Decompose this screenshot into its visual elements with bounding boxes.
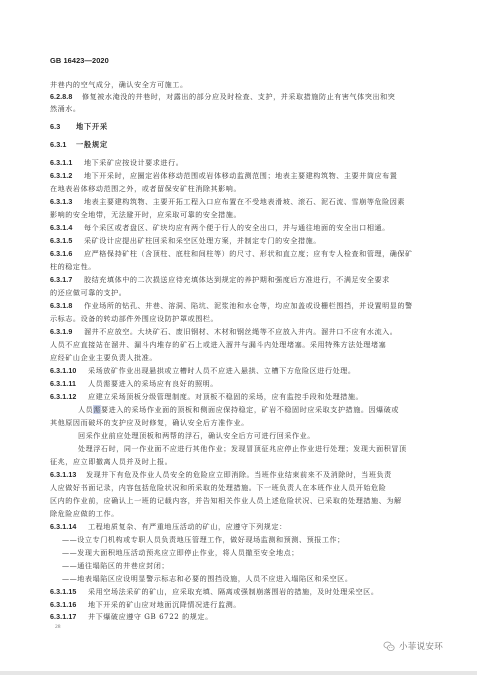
paragraph-line: 的还应做可靠的支护。: [50, 288, 126, 297]
section-heading-6-3-1: 6.3.1一般规定: [50, 140, 108, 149]
watermark-text: 小菲说安环: [399, 640, 443, 652]
list-item: ——地表塌陷区应设明显警示标志和必要的围挡设施，人员不应进入塌陷区和采空区。: [62, 574, 352, 583]
clause-6-3-1-16: 6.3.1.16地下开采的矿山应对地面沉降情况进行监测。: [50, 600, 241, 610]
clause-6-3-1-2: 6.3.1.2地下开采时，应圈定岩体移动范围或岩体移动监测范围；地表主要建构筑物…: [50, 171, 397, 181]
list-item: ——设立专门机构或专职人员负责地压管理工作，做好现场监测和预测、预报工作；: [62, 535, 345, 544]
clause-text: 作业场所的钻孔、井巷、溶洞、陷坑、泥浆池和水仓等，均应加盖或设栅栏围挡，并设置明…: [84, 301, 413, 310]
clause-6-3-1-4: 6.3.1.4每个采区或者盘区、矿块均应有两个便于行人的安全出口，并与通往地面的…: [50, 223, 390, 233]
clause-6-3-1-17: 6.3.1.17井下爆破应遵守 GB 6722 的规定。: [50, 612, 213, 622]
clause-6-3-1-14: 6.3.1.14工程地质复杂、有严重地压活动的矿山，应遵守下列规定：: [50, 522, 287, 532]
clause-number: 6.2.8.8: [50, 93, 82, 102]
clause-text: 每个采区或者盘区、矿块均应有两个便于行人的安全出口，并与通往地面的安全出口相通。: [84, 223, 390, 232]
page-number: 28: [55, 624, 61, 630]
watermark: 小菲说安环: [383, 640, 443, 652]
clause-number: 6.3.1.7: [50, 276, 84, 285]
clause-number: 6.3.1.17: [50, 613, 88, 622]
wechat-icon: [383, 641, 395, 652]
paragraph-line: 应经矿山企业主要负责人批准。: [50, 353, 157, 362]
clause-text: 采用空场法采矿的矿山，应采取充填、隔离或强制崩落围岩的措施，及时处理采空区。: [88, 587, 378, 596]
clause-6-3-1-15: 6.3.1.15采用空场法采矿的矿山，应采取充填、隔离或强制崩落围岩的措施，及时…: [50, 587, 378, 597]
clause-text: 应建立采场顶板分级管理制度。对顶板不稳固的采场，应有监控手段和处理措施。: [88, 392, 363, 401]
paragraph-line: 除危险应做的工作。: [50, 509, 119, 518]
clause-6-3-1-8: 6.3.1.8作业场所的钻孔、井巷、溶洞、陷坑、泥浆池和水仓等，均应加盖或设栅栏…: [50, 301, 413, 311]
list-item: ——发现大面积地压活动预兆应立即停止作业，将人员撤至安全地点；: [62, 548, 299, 557]
paragraph-line: 回采作业前应处理顶板和两帮的浮石，确认安全后方可进行回采作业。: [78, 431, 315, 440]
clause-text: 井下爆破应遵守 GB 6722 的规定。: [88, 612, 213, 621]
clause-number: 6.3.1.15: [50, 588, 88, 597]
section-title: 地下开采: [76, 122, 108, 131]
paragraph-line: 井巷内的空气成分，确认安全方可施工。: [50, 80, 188, 89]
clause-text: 采场放矿作业出现悬拱或立槽时人员不应进入悬拱、立槽下方危险区进行处理。: [88, 366, 356, 375]
clause-text: 地表主要建构筑物、主要开拓工程入口应布置在不受地表滑坡、滚石、泥石流、雪崩等危险…: [84, 197, 405, 206]
clause-number: 6.3.1.16: [50, 601, 88, 610]
clause-number: 6.3.1.6: [50, 250, 84, 259]
section-heading-6-3: 6.3地下开采: [50, 122, 108, 131]
clause-number: 6.3.1.4: [50, 224, 84, 233]
clause-number: 6.3.1.9: [50, 328, 84, 337]
clause-6-3-1-13: 6.3.1.13发现井下有危及作业人员安全的危险应立即消除。当班作业结束前来不及…: [50, 470, 392, 480]
clause-number: 6.3.1.2: [50, 172, 84, 181]
clause-number: 6.3.1.13: [50, 471, 86, 480]
clause-text: 发现井下有危及作业人员安全的危险应立即消除。当班作业结束前来不及消除时，当班负责: [86, 470, 392, 479]
clause-6-3-1-5: 6.3.1.5采矿设计应提出矿柱回采和采空区处理方案，并制定专门的安全措施。: [50, 236, 321, 246]
clause-text: 修复被水淹没的井巷时，对露出的部分应及时检查、支护，并采取措施防止有害气体突出和…: [82, 92, 395, 101]
clause-number: 6.3.1.10: [50, 367, 88, 376]
standard-code: GB 16423—2020: [50, 56, 109, 65]
paragraph-line: 区内的作业前，应确认上一班的记载内容，并告知相关作业人员上述危险状况、已采取的处…: [50, 496, 402, 505]
clause-number: 6.3.1.5: [50, 237, 84, 246]
clause-number: 6.3.1.8: [50, 302, 84, 311]
list-item: ——通往塌陷区的井巷应封闭；: [62, 561, 169, 570]
clause-text: 工程地质复杂、有严重地压活动的矿山，应遵守下列规定：: [88, 522, 287, 531]
clause-number: 6.3.1.11: [50, 380, 88, 389]
paragraph-line: 在地表岩体移动范围之外，或者留保安矿柱消除其影响。: [50, 184, 241, 193]
clause-6-3-1-9: 6.3.1.9溜井不应放空。大块矿石、废旧钢材、木材和钢丝绳等不应放入井内。溜井…: [50, 327, 397, 337]
clause-number: 6.3.1.3: [50, 198, 84, 207]
clause-6-3-1-1: 6.3.1.1地下采矿应按设计要求进行。: [50, 158, 183, 168]
clause-number: 6.3.1.1: [50, 159, 84, 168]
clause-text: 人员需要进入的采场应有良好的照明。: [88, 379, 218, 388]
paragraph-line: 处理浮石时，同一作业面不应进行其他作业；发现冒顶征兆应停止作业进行处理；发现大面…: [78, 444, 407, 453]
paragraph-line: 柱的稳定性。: [50, 262, 96, 271]
clause-6-3-1-11: 6.3.1.11人员需要进入的采场应有良好的照明。: [50, 379, 218, 389]
paragraph-line: 影响的安全地带，无法避开时，应采取可靠的安全措施。: [50, 210, 241, 219]
paragraph-line: 人员需要进入的采场作业面的顶板和侧面应保持稳定，矿岩不稳固时应采取支护措施。因爆…: [78, 405, 399, 414]
section-number: 6.3: [50, 122, 76, 131]
text-span: 要进入的采场作业面的顶板和侧面应保持稳定，矿岩不稳固时应采取支护措施。因爆破或: [101, 405, 399, 414]
clause-6-3-1-3: 6.3.1.3地表主要建构筑物、主要开拓工程入口应布置在不受地表滑坡、滚石、泥石…: [50, 197, 405, 207]
clause-text: 地下开采的矿山应对地面沉降情况进行监测。: [88, 600, 241, 609]
clause-6-3-1-10: 6.3.1.10采场放矿作业出现悬拱或立槽时人员不应进入悬拱、立槽下方危险区进行…: [50, 366, 356, 376]
clause-text: 地下开采时，应圈定岩体移动范围或岩体移动监测范围；地表主要建构筑物、主要井筒应布…: [84, 171, 397, 180]
clause-number: 6.3.1.14: [50, 523, 88, 532]
clause-number: 6.3.1.12: [50, 393, 88, 402]
text-selection-highlight: 需: [93, 405, 101, 414]
text-span: 人员: [78, 405, 93, 414]
bottom-edge-bar: [0, 671, 477, 675]
paragraph-line: 然涌水。: [50, 104, 81, 113]
clause-6-3-1-7: 6.3.1.7胶结充填体中的二次损送应待充填体达到规定的养护期和强度后方准进行，…: [50, 275, 390, 285]
clause-6-3-1-12: 6.3.1.12应建立采场顶板分级管理制度。对顶板不稳固的采场，应有监控手段和处…: [50, 392, 363, 402]
paragraph-line: 示标志。设备的转动部件外围应设防护罩或围栏。: [50, 314, 218, 323]
section-number: 6.3.1: [50, 140, 76, 149]
clause-text: 采矿设计应提出矿柱回采和采空区处理方案，并制定专门的安全措施。: [84, 236, 321, 245]
clause-text: 溜井不应放空。大块矿石、废旧钢材、木材和钢丝绳等不应放入井内。溜井口不应有水流入…: [84, 327, 397, 336]
paragraph-line: 人应做好书面记录，内容包括危险状况和所采取的处理措施。下一班负责人在本班作业人员…: [50, 483, 386, 492]
clause-6-3-1-6: 6.3.1.6应严格保持矿柱（含顶柱、底柱和间柱等）的尺寸、形状和直立度；应有专…: [50, 249, 413, 259]
clause-text: 地下采矿应按设计要求进行。: [84, 158, 183, 167]
section-title: 一般规定: [76, 140, 108, 149]
paragraph-line: 其他原因而破坏的支护应及时修复，确认安全后方准作业。: [50, 418, 249, 427]
clause-text: 应严格保持矿柱（含顶柱、底柱和间柱等）的尺寸、形状和直立度；应有专人检查和管理，…: [84, 249, 413, 258]
clause-6-2-8-8: 6.2.8.8修复被水淹没的井巷时，对露出的部分应及时检查、支护，并采取措施防止…: [50, 92, 395, 102]
clause-text: 胶结充填体中的二次损送应待充填体达到规定的养护期和强度后方准进行，不满足安全要求: [84, 275, 390, 284]
paragraph-line: 征兆，应立即撤离人员并及时上报。: [50, 457, 172, 466]
paragraph-line: 人员不应直接站在溜井、漏斗内堆存的矿石上或进入溜井与漏斗内处理堵塞。采用特殊方法…: [50, 340, 386, 349]
document-page: GB 16423—2020 井巷内的空气成分，确认安全方可施工。 6.2.8.8…: [0, 0, 477, 671]
